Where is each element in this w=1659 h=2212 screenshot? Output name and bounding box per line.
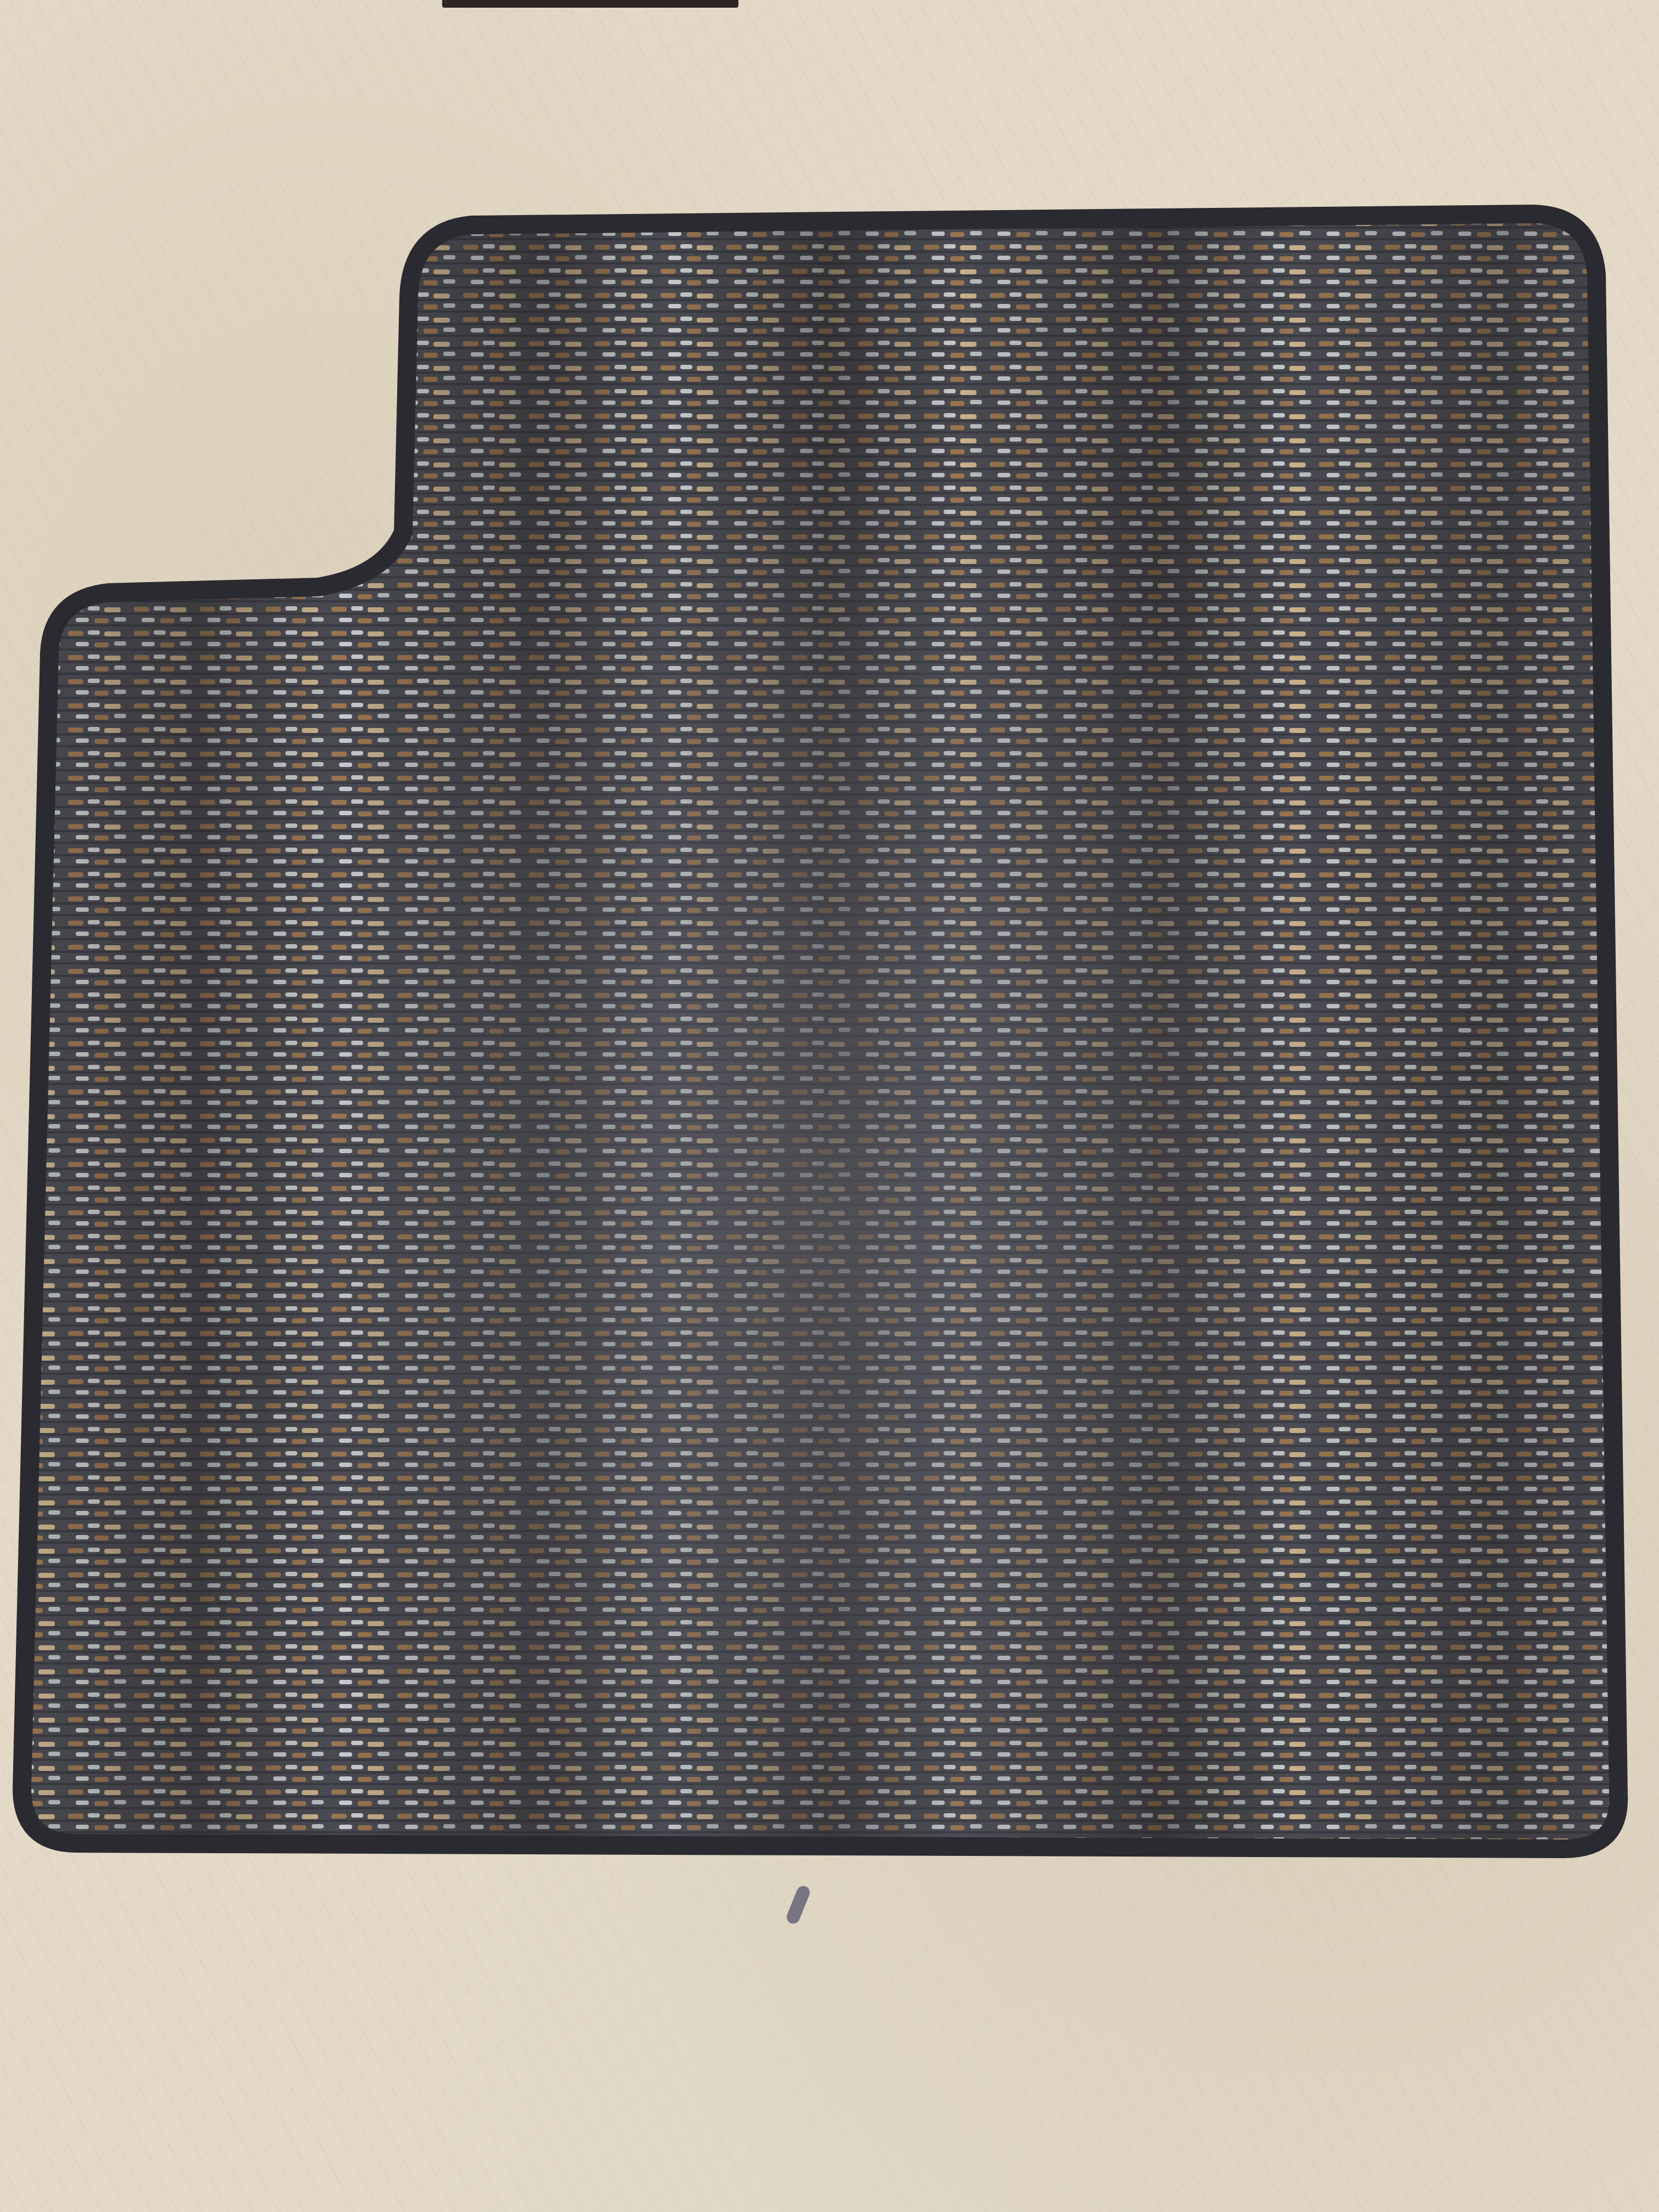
carpet-floor-mat xyxy=(0,0,1659,2212)
